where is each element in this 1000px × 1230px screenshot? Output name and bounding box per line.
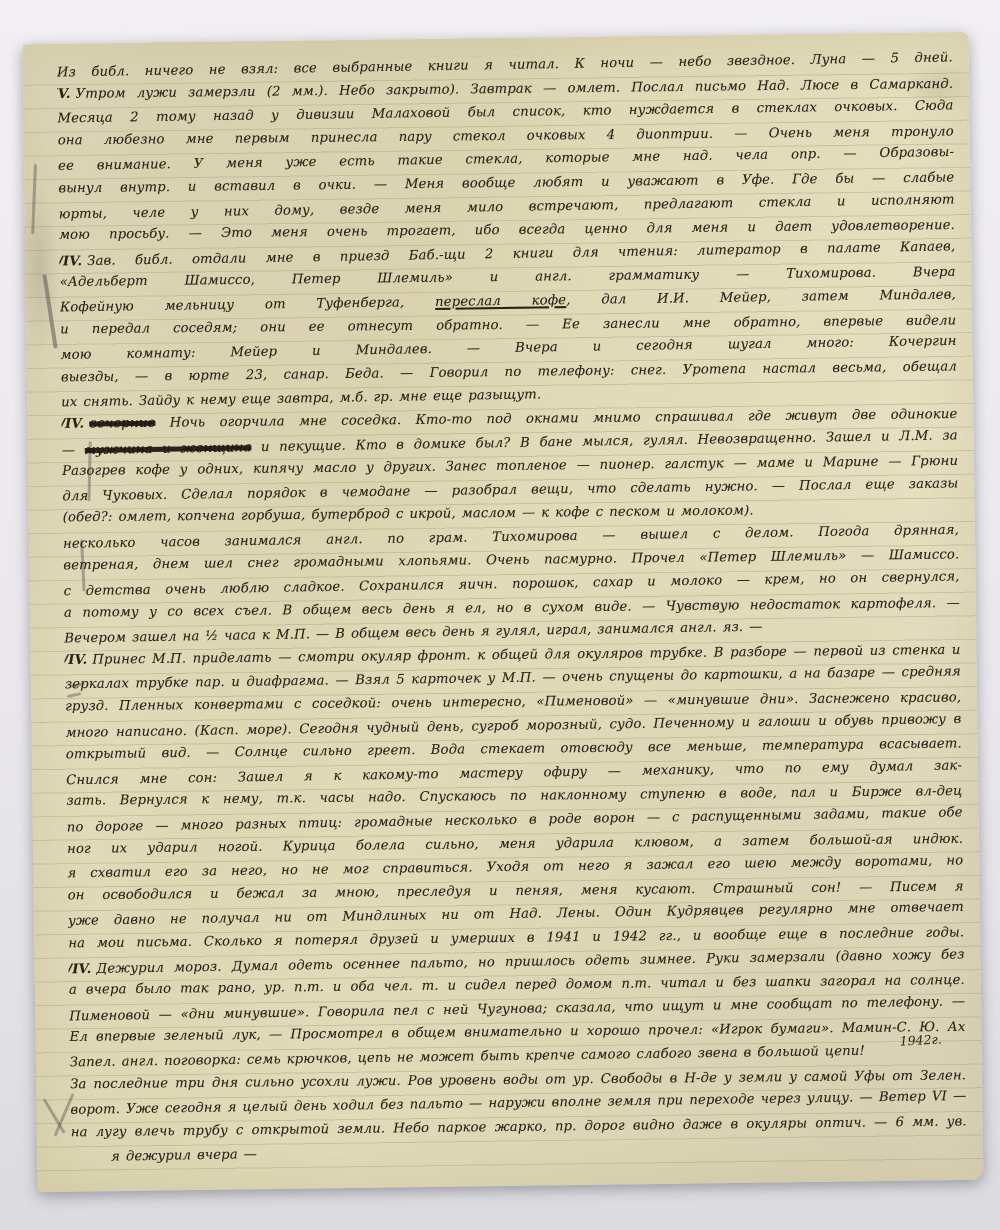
entry-date-marker: 9/IV. [57,82,76,106]
manuscript-lines: Из библ. ничего не взял: все выбранные к… [57,48,967,1169]
handwriting-text: мужчина и женщина [85,440,252,458]
handwriting-text: переслал кофе [435,293,566,310]
handwriting-text: Кофейную мельницу от Туфенберга, [60,295,435,315]
handwriting-text: вечерние [89,416,155,432]
paper-stain [18,184,60,355]
entry-date-marker: 11/IV. [61,412,89,436]
handwriting-text: — [62,443,85,458]
pencil-margin-mark [31,164,37,234]
pencil-margin-mark [42,274,57,349]
handwriting-text: , дал И.И. Мейер, затем Миндалев, [566,287,956,308]
pencil-margin-mark [43,1098,66,1134]
handwriting-text: я дежурил вчера — [111,1147,257,1164]
handwriting-text: (обед?: омлет, копчена горбуша, бутербро… [63,504,754,526]
year-note: 1942г. [899,1032,942,1049]
diary-page: Из библ. ничего не взял: все выбранные к… [23,32,984,1192]
entry-date-marker: 12/IV. [64,648,92,672]
handwriting-text: их снять. Зайду к нему еще завтра, м.б. … [61,388,541,411]
